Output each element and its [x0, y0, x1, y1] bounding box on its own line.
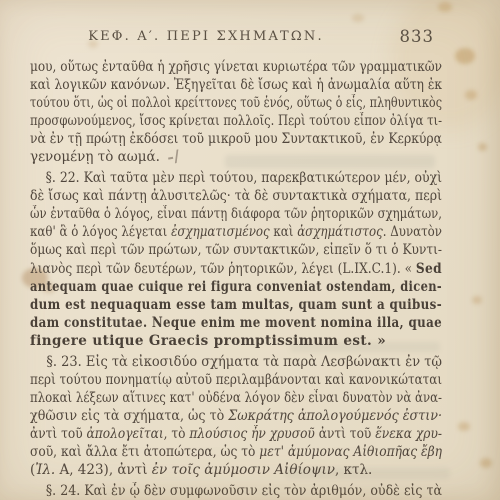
foxing-stain [472, 296, 482, 304]
text-segment: ἀντὶ τοῦ [30, 426, 87, 442]
text-segment: fingere utique Graecis promptissimum est… [30, 333, 386, 349]
text-segment: περὶ τούτου πονηματίῳ αὐτοῦ περιλαμβάνον… [30, 372, 442, 388]
text-line: περὶ τούτου πονηματίῳ αὐτοῦ περιλαμβάνον… [30, 370, 442, 388]
text-segment: πλοκαὶ λέξεων αἵτινες κατ' οὐδένα λόγον … [30, 390, 442, 406]
text-segment: γενομένῃ τὸ αωμά. [30, 149, 160, 165]
foxing-stain [465, 90, 477, 100]
text-segment: antequam quae cuique rei figura convenia… [30, 279, 442, 295]
text-segment: λιανὸς περὶ τῶν δευτέρων, τῶν ῥητορικῶν,… [30, 261, 416, 277]
text-segment: καθ' ἃ ὁ λόγος λέγεται [30, 224, 171, 240]
text-line: dum est nequaquam esse tam multas, quam … [30, 295, 442, 313]
text-segment: Σωκράτης ἀπολογούμενός ἐστιν· [228, 408, 442, 424]
text-line: καὶ λογικῶν κανόνων. Ἐξηγεῖται δὲ ἴσως κ… [30, 75, 442, 93]
text-segment: μου, οὕτως ἐνταῦθα ἡ χρῆσις γίνεται κυρι… [30, 59, 442, 75]
text-line: μου, οὕτως ἐνταῦθα ἡ χρῆσις γίνεται κυρι… [30, 57, 442, 75]
text-segment: §. 24. Καὶ ἐν ᾧ δὲν συμφωνοῦσιν εἰς τὸν … [46, 483, 442, 499]
foxing-stain [455, 48, 475, 64]
text-segment: dum est nequaquam esse tam multas, quam … [30, 297, 442, 313]
text-line: ὧν ἐνταῦθα ὁ λόγος, εἶναι πάντῃ διάφορα … [30, 204, 442, 222]
page-number: 833 [400, 27, 435, 46]
foxing-stain [352, 14, 364, 22]
foxing-stain [438, 2, 452, 12]
text-segment: ἕνεκα χρυ- [375, 426, 442, 442]
text-segment: ἀσχημάτιστος [297, 224, 383, 240]
text-segment: , τὸ [164, 426, 190, 442]
text-segment: τούτου ὅτι, ὡς οἱ πολλοὶ κρείττονες τοῦ … [30, 95, 442, 111]
text-line: δὲ ἴσως καὶ πάντῃ ἀλυσιτελῶς· τὰ δὲ συντ… [30, 186, 442, 204]
text-line: καθ' ἃ ὁ λόγος λέγεται ἐσχηματισμένος κα… [30, 222, 442, 240]
text-line: §. 22. Καὶ ταῦτα μὲν περὶ τούτου, παρεκβ… [30, 168, 442, 186]
text-segment: ἀπολογεῖται [87, 426, 164, 442]
text-segment: dam constitutae. Neque enim me movent no… [30, 315, 442, 331]
scanned-book-page: { "document": { "header": { "chapter_tit… [0, 0, 500, 500]
text-line: §. 24. Καὶ ἐν ᾧ δὲν συμφωνοῦσιν εἰς τὸν … [30, 481, 442, 499]
text-segment: δὲ ἴσως καὶ πάντῃ ἀλυσιτελῶς· τὰ δὲ συντ… [30, 188, 442, 204]
text-segment: Α, 423), ἀντὶ [55, 462, 152, 478]
text-line: fingere utique Graecis promptissimum est… [30, 331, 442, 349]
text-line: τούτου ὅτι, ὡς οἱ πολλοὶ κρείττονες τοῦ … [30, 93, 442, 111]
text-segment: ἐσχηματισμένος [171, 224, 270, 240]
text-segment: χθῶσιν εἰς τὰ σχήματα, ὡς τὸ [30, 408, 228, 424]
foxing-stain [478, 143, 487, 151]
text-segment: ὅμως καὶ περὶ τῶν πρώτων, τῶν συντακτικῶ… [30, 242, 442, 258]
text-line: ὅμως καὶ περὶ τῶν πρώτων, τῶν συντακτικῶ… [30, 240, 442, 258]
text-segment: ἐν τοῖς ἀμύμοσιν Αἰθίοψιν [152, 462, 335, 478]
text-segment: §. 22. Καὶ ταῦτα μὲν περὶ τούτου, παρεκβ… [46, 170, 442, 186]
text-line: προσφωνούμενος, ἴσος κρίνεται πολλοῖς. Π… [30, 111, 442, 129]
text-block: μου, οὕτως ἐνταῦθα ἡ χρῆσις γίνεται κυρι… [30, 57, 442, 499]
text-line: λιανὸς περὶ τῶν δευτέρων, τῶν ῥητορικῶν,… [30, 259, 442, 277]
foxing-stain [480, 458, 492, 468]
text-segment: προσφωνούμενος, ἴσος κρίνεται πολλοῖς. Π… [30, 113, 442, 129]
text-segment: Ἰλ. [35, 462, 55, 478]
text-line: νὰ ἐν τῇ πρώτῃ ἐκδόσει τοῦ μικροῦ μου Συ… [30, 129, 442, 147]
text-segment: μετ' ἀμύμονας Αἰθιοπῆας ἔβη [259, 444, 442, 460]
text-segment: νὰ ἐν τῇ πρώτῃ ἐκδόσει τοῦ μικροῦ μου Συ… [30, 131, 442, 147]
text-segment: Sed [416, 261, 442, 277]
text-line: (Ἰλ. Α, 423), ἀντὶ ἐν τοῖς ἀμύμοσιν Αἰθί… [30, 460, 442, 478]
text-segment: καὶ [270, 224, 298, 240]
page-header: ΚΕΦ. Α′. ΠΕΡΙ ΣΧΗΜΑΤΩΝ. 833 [30, 29, 442, 49]
text-segment: πλούσιος ἦν χρυσοῦ [189, 426, 314, 442]
text-line: γενομένῃ τὸ αωμά.-/ [30, 147, 442, 165]
text-segment: ἀντὶ τοῦ [315, 426, 375, 442]
text-segment: . Δυνατὸν [383, 224, 442, 240]
text-segment: καὶ λογικῶν κανόνων. Ἐξηγεῖται δὲ ἴσως κ… [30, 77, 442, 93]
text-line: ἀντὶ τοῦ ἀπολογεῖται, τὸ πλούσιος ἦν χρυ… [30, 424, 442, 442]
text-line: σοῦ, καὶ ἄλλα ἔτι ἀτοπώτερα, ὡς τὸ μετ' … [30, 442, 442, 460]
text-segment: ὧν ἐνταῦθα ὁ λόγος, εἶναι πάντῃ διάφορα … [30, 206, 442, 222]
text-line: §. 23. Εἰς τὰ εἰκοσιδύο σχήματα τὰ παρὰ … [30, 352, 442, 370]
text-line: dam constitutae. Neque enim me movent no… [30, 313, 442, 331]
text-segment: σοῦ, καὶ ἄλλα ἔτι ἀτοπώτερα, ὡς τὸ [30, 444, 259, 460]
text-segment: §. 23. Εἰς τὰ εἰκοσιδύο σχήματα τὰ παρὰ … [46, 354, 442, 370]
pencil-annotation: -/ [166, 147, 181, 167]
text-line: χθῶσιν εἰς τὰ σχήματα, ὡς τὸ Σωκράτης ἀπ… [30, 406, 442, 424]
foxing-stain [458, 422, 470, 431]
text-segment: , κτλ. [335, 462, 372, 478]
text-line: antequam quae cuique rei figura convenia… [30, 277, 442, 295]
text-line: πλοκαὶ λέξεων αἵτινες κατ' οὐδένα λόγον … [30, 388, 442, 406]
chapter-title: ΚΕΦ. Α′. ΠΕΡΙ ΣΧΗΜΑΤΩΝ. [30, 29, 382, 44]
